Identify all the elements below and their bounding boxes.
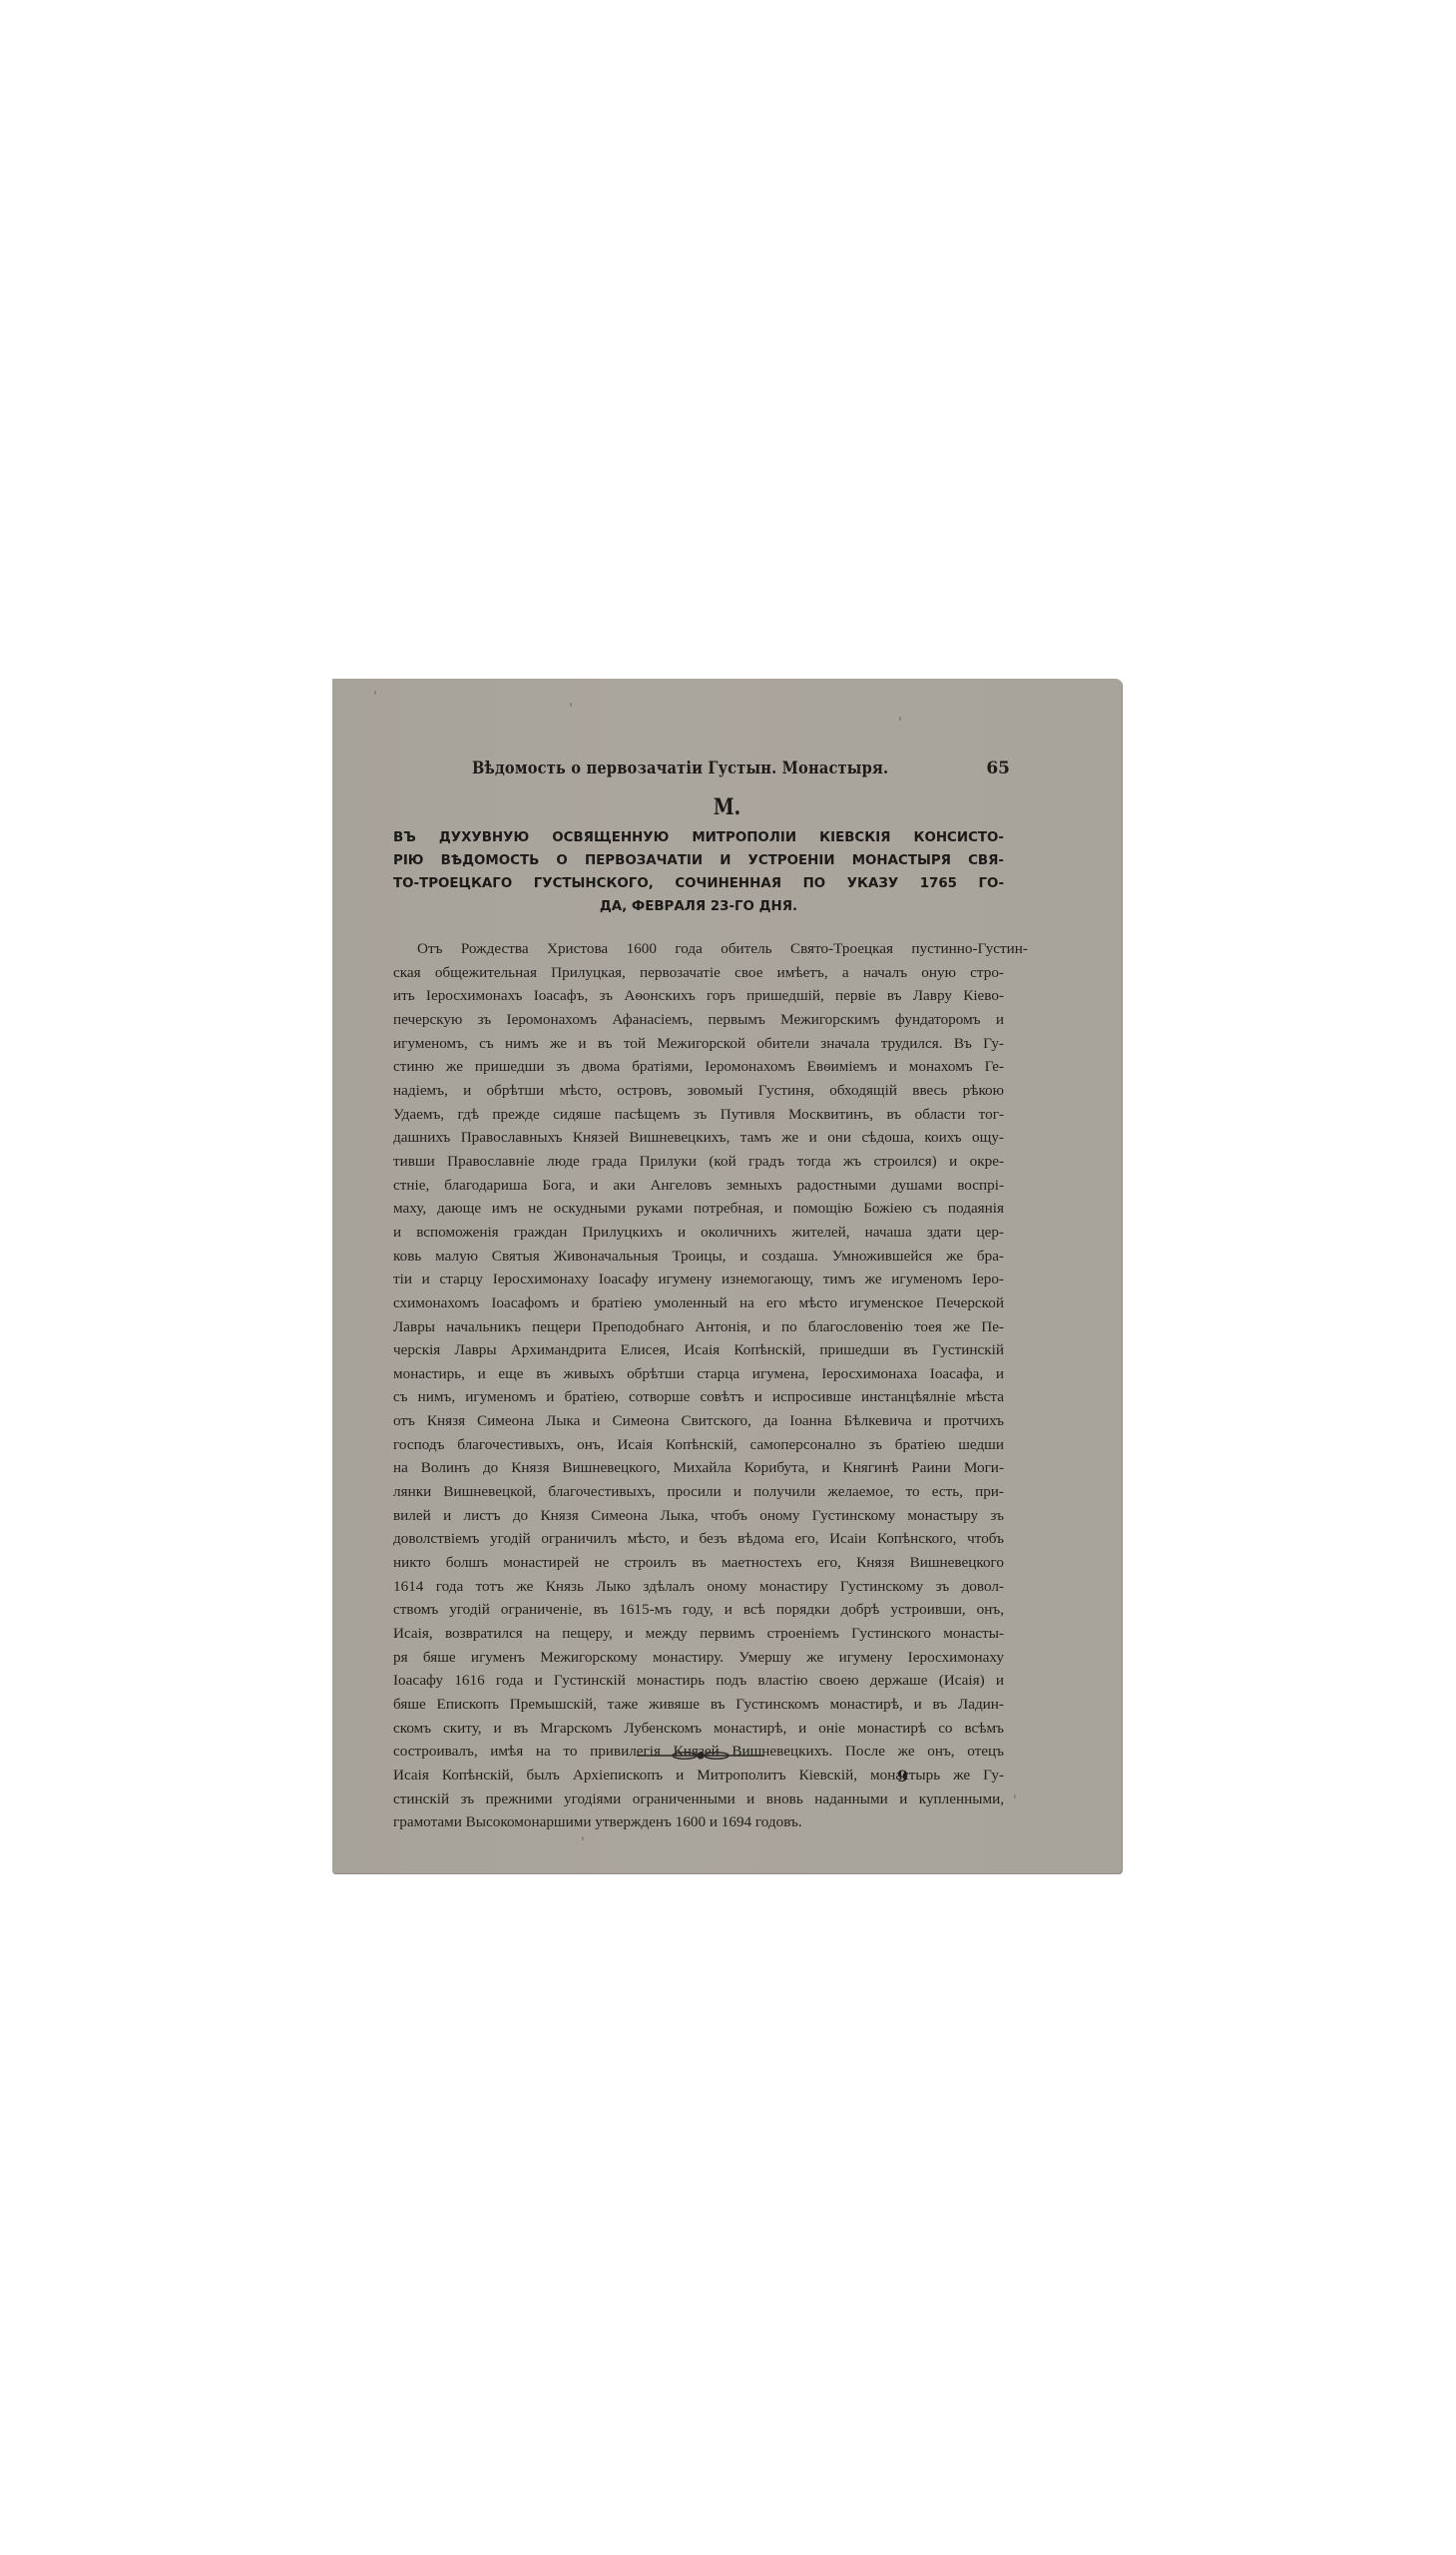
body-line: монастирь, и еще въ живыхъ обрѣтши старц… bbox=[393, 1362, 1004, 1386]
printer-ornament-rule-icon bbox=[637, 1751, 764, 1761]
body-line: ить Іеросхимонахъ Іоасафъ, зъ Аѳонскихъ … bbox=[393, 984, 1004, 1008]
body-paragraph: Отъ Рождества Христова 1600 года обитель… bbox=[393, 937, 1004, 1834]
body-line: Исаія, возвратился на пещеру, и между пе… bbox=[393, 1622, 1004, 1646]
body-line: Отъ Рождества Христова 1600 года обитель… bbox=[393, 937, 1028, 961]
body-line: Іоасафу 1616 года и Густинскій монастирь… bbox=[393, 1669, 1004, 1693]
body-line: игуменомъ, съ нимъ же и въ той Межигорск… bbox=[393, 1032, 1004, 1056]
paper-speck bbox=[582, 1836, 584, 1840]
book-page: Вѣдомость о первозачатіи Густын. Монасты… bbox=[332, 679, 1122, 1873]
body-line: дашнихъ Православныхъ Князей Вишневецких… bbox=[393, 1126, 1004, 1150]
body-line: бяше Епископъ Премышскій, таже живяше въ… bbox=[393, 1693, 1004, 1717]
body-line: отъ Князя Симеона Лыка и Симеона Свитско… bbox=[393, 1409, 1004, 1433]
body-line: черскія Лавры Архимандрита Елисея, Исаія… bbox=[393, 1338, 1004, 1362]
running-head: Вѣдомость о первозачатіи Густын. Монасты… bbox=[472, 759, 935, 782]
body-line: 1614 года тотъ же Князь Лыко здѣлалъ оно… bbox=[393, 1575, 1004, 1599]
body-line: стиню же пришедши зъ двома братіями, Іер… bbox=[393, 1055, 1004, 1079]
body-line: ря бяше игуменъ Межигорскому монастиру. … bbox=[393, 1646, 1004, 1670]
body-line: ствомъ угодій ограниченіе, въ 1615-мъ го… bbox=[393, 1598, 1004, 1622]
paper-speck bbox=[899, 717, 901, 721]
body-line: вилей и листъ до Князя Симеона Лыка, что… bbox=[393, 1504, 1004, 1528]
body-line: и вспоможенія граждан Прилуцкихъ и околи… bbox=[393, 1221, 1004, 1245]
body-line: печерскую зъ Іеромонахомъ Афанасіемъ, пе… bbox=[393, 1008, 1004, 1032]
body-line: грамотами Высокомонаршими утвержденъ 160… bbox=[393, 1810, 1004, 1834]
body-line: съ нимъ, игуменомъ и братіею, сотворше с… bbox=[393, 1385, 1004, 1409]
body-line: Лавры начальникъ пещери Преподобнаго Ант… bbox=[393, 1315, 1004, 1339]
body-line: маху, дающе имъ не оскудными руками потр… bbox=[393, 1197, 1004, 1221]
body-line: никто болшъ монастирей не строилъ въ мае… bbox=[393, 1551, 1004, 1575]
body-line: ская общежительная Прилуцкая, первозачат… bbox=[393, 961, 1004, 985]
body-line: тивши Православніе люде града Прилуки (к… bbox=[393, 1150, 1004, 1174]
signature-mark: 9 bbox=[897, 1767, 908, 1786]
paper-speck bbox=[374, 691, 376, 695]
body-line: надіемъ, и обрѣтши мѣсто, островъ, зовом… bbox=[393, 1079, 1004, 1103]
heading-line: РІЮ ВѢДОМОСТЬ О ПЕРВОЗАЧАТІИ И УСТРОЕНІИ… bbox=[393, 849, 1004, 872]
heading-line: ДА, ФЕВРАЛЯ 23-ГО ДНЯ. bbox=[393, 895, 1004, 918]
body-line: скомъ скиту, и въ Мгарскомъ Лубенскомъ м… bbox=[393, 1717, 1004, 1741]
page-number: 65 bbox=[986, 759, 1010, 778]
document-heading: ВЪ ДУХУВНУЮ ОСВЯЩЕННУЮ МИТРОПОЛІИ КІЕВСК… bbox=[393, 826, 1004, 918]
heading-line: ВЪ ДУХУВНУЮ ОСВЯЩЕННУЮ МИТРОПОЛІИ КІЕВСК… bbox=[393, 826, 1004, 849]
body-line: ковь малую Святыя Живоначальныя Троицы, … bbox=[393, 1245, 1004, 1269]
paper-speck bbox=[1014, 1794, 1016, 1798]
body-line: на Волинъ до Князя Вишневецкого, Михайла… bbox=[393, 1456, 1004, 1480]
body-line: господъ благочестивыхъ, онъ, Исаія Копѣн… bbox=[393, 1433, 1004, 1457]
body-line: стніе, благодариша Бога, и аки Ангеловъ … bbox=[393, 1174, 1004, 1198]
body-line: Исаія Копѣнскій, былъ Архіепископъ и Мит… bbox=[393, 1764, 1004, 1788]
body-line: доволствіемъ угодій ограничилъ мѣсто, и … bbox=[393, 1527, 1004, 1551]
body-line: лянки Вишневецкой, благочестивыхъ, проси… bbox=[393, 1480, 1004, 1504]
body-line: тіи и старцу Іеросхимонаху Іоасафу игуме… bbox=[393, 1268, 1004, 1291]
body-line: схимонахомъ Іоасафомъ и братіею умоленны… bbox=[393, 1291, 1004, 1315]
body-line: Удаемъ, гдѣ прежде сидяше пасѣщемъ зъ Пу… bbox=[393, 1103, 1004, 1127]
paper-speck bbox=[570, 703, 572, 707]
body-line: стинскій зъ прежними угодіями ограниченн… bbox=[393, 1788, 1004, 1811]
section-letter: М. bbox=[391, 794, 1062, 820]
heading-line: ТО-ТРОЕЦКАГО ГУСТЫНСКОГО, СОЧИНЕННАЯ ПО … bbox=[393, 872, 1004, 895]
